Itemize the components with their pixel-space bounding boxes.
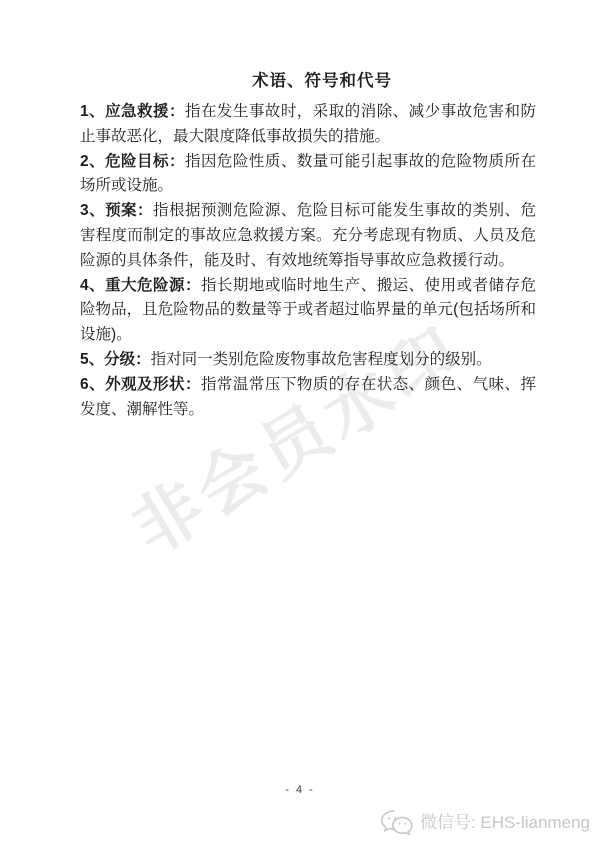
definition-item: 5、分级：指对同一类别危险废物事故危害程度划分的级别。 (80, 348, 536, 373)
definition-text: 指对同一类别危险废物事故危害程度划分的级别。 (151, 351, 492, 368)
definition-term: 3、预案： (80, 202, 153, 219)
definition-term: 1、应急救援： (80, 103, 185, 120)
definition-list: 1、应急救援：指在发生事故时，采取的消除、减少事故危害和防止事故恶化，最大限度降… (80, 100, 536, 422)
document-page: 非会员水印 术语、符号和代号 1、应急救援：指在发生事故时，采取的消除、减少事故… (0, 0, 600, 848)
definition-item: 3、预案：指根据预测危险源、危险目标可能发生事故的类别、危害程度而制定的事故应急… (80, 199, 536, 273)
definition-item: 4、重大危险源：指长期地或临时地生产、搬运、使用或者储存危险物品，且危险物品的数… (80, 274, 536, 348)
wechat-id-label: 微信号: EHS-lianmeng (420, 809, 590, 837)
page-number: - 4 - (0, 784, 600, 796)
definition-term: 2、危险目标： (80, 153, 185, 170)
definition-item: 6、外观及形状：指常温常压下物质的存在状态、颜色、气味、挥发度、潮解性等。 (80, 373, 536, 423)
definition-item: 1、应急救援：指在发生事故时，采取的消除、减少事故危害和防止事故恶化，最大限度降… (80, 100, 536, 150)
definition-term: 5、分级： (80, 351, 151, 368)
definition-item: 2、危险目标：指因危险性质、数量可能引起事故的危险物质所在场所或设施。 (80, 150, 536, 200)
definition-term: 6、外观及形状： (80, 376, 201, 393)
document-content: 术语、符号和代号 1、应急救援：指在发生事故时，采取的消除、减少事故危害和防止事… (80, 70, 536, 422)
wechat-footer: 微信号: EHS-lianmeng (380, 809, 590, 837)
page-title: 术语、符号和代号 (94, 70, 550, 92)
wechat-icon (380, 809, 414, 837)
definition-term: 4、重大危险源： (80, 277, 201, 294)
